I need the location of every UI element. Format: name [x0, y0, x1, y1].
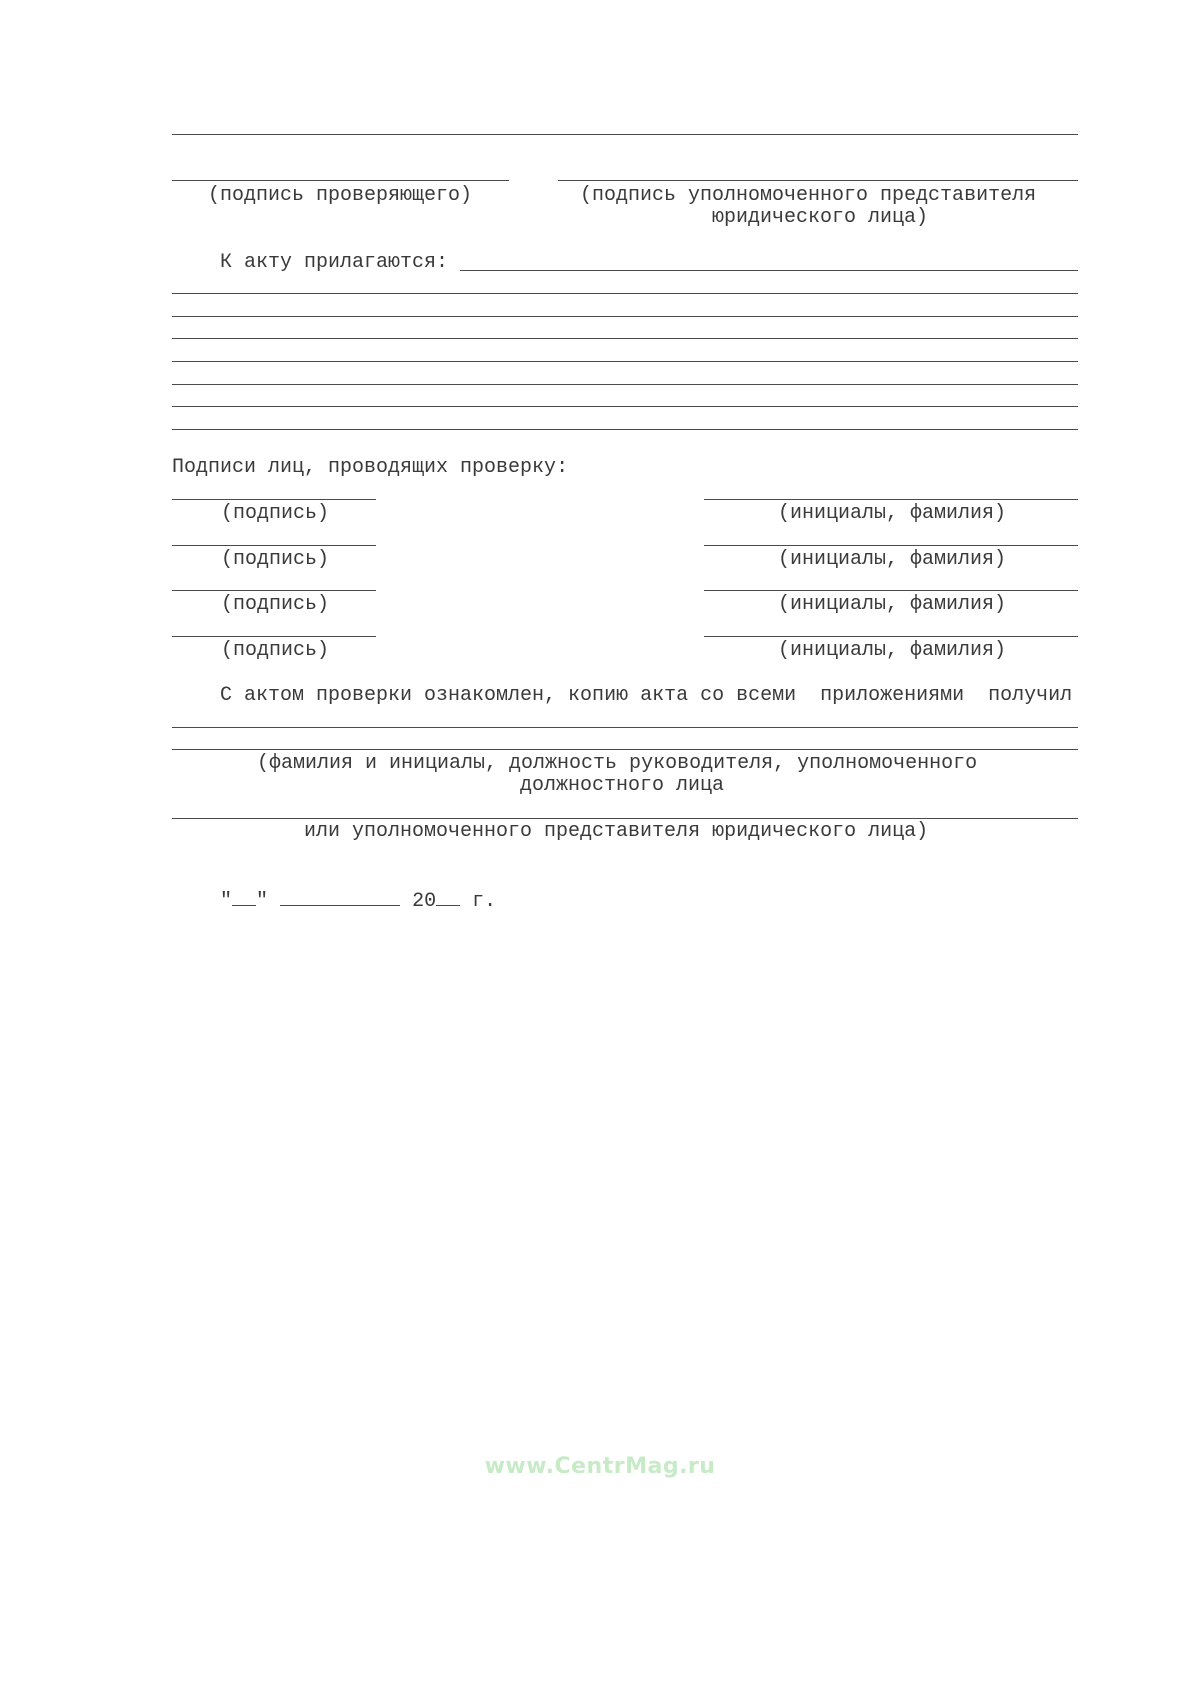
date-row: "" 20 г.	[172, 866, 496, 889]
attachments-line[interactable]	[172, 429, 1078, 430]
inspector-name-caption: (инициалы, фамилия)	[778, 549, 1006, 572]
date-month-field[interactable]	[280, 889, 400, 906]
attachments-line[interactable]	[172, 338, 1078, 339]
watermark: www.CentrMag.ru	[0, 1454, 1200, 1479]
attachments-line[interactable]	[172, 293, 1078, 294]
inspector-name-field[interactable]	[704, 590, 1078, 591]
date-close-quote: "	[256, 890, 268, 913]
inspector-name-field[interactable]	[704, 499, 1078, 500]
inspector-signature-caption: (подпись)	[221, 549, 329, 572]
attachments-line[interactable]	[172, 406, 1078, 407]
attachments-line[interactable]	[172, 361, 1078, 362]
representative-signature-caption-1: (подпись уполномоченного представителя	[580, 185, 1036, 208]
representative-signature-line[interactable]	[558, 180, 1078, 181]
inspector-name-caption: (инициалы, фамилия)	[778, 640, 1006, 663]
attachments-label: К акту прилагаются:	[220, 252, 448, 275]
date-year-prefix: 20	[412, 890, 436, 913]
date-day-field[interactable]	[232, 889, 256, 906]
inspector-name-field[interactable]	[704, 545, 1078, 546]
inspector-signature-caption: (подпись проверяющего)	[208, 185, 472, 208]
inspector-signature-caption: (подпись)	[221, 594, 329, 617]
date-year-field[interactable]	[436, 889, 460, 906]
top-blank-line[interactable]	[172, 134, 1078, 135]
acknowledgement-caption-1: (фамилия и инициалы, должность руководит…	[257, 753, 977, 776]
inspector-signature-line[interactable]	[172, 180, 509, 181]
attachments-line[interactable]	[172, 384, 1078, 385]
inspector-signature-field[interactable]	[172, 545, 376, 546]
inspector-name-caption: (инициалы, фамилия)	[778, 503, 1006, 526]
acknowledgement-caption-2: должностного лица	[520, 775, 724, 798]
acknowledgement-line[interactable]	[172, 727, 1078, 728]
inspector-signature-caption: (подпись)	[221, 640, 329, 663]
inspectors-heading: Подписи лиц, проводящих проверку:	[172, 457, 568, 480]
attachments-line[interactable]	[172, 316, 1078, 317]
acknowledgement-line[interactable]	[172, 818, 1078, 819]
inspector-name-caption: (инициалы, фамилия)	[778, 594, 1006, 617]
inspector-signature-field[interactable]	[172, 636, 376, 637]
acknowledgement-caption-3: или уполномоченного представителя юридич…	[304, 821, 928, 844]
inspector-name-field[interactable]	[704, 636, 1078, 637]
date-suffix: г.	[472, 890, 496, 913]
acknowledgement-text: С актом проверки ознакомлен, копию акта …	[220, 685, 1072, 708]
attachments-field[interactable]	[460, 270, 1078, 271]
representative-signature-caption-2: юридического лица)	[712, 207, 928, 230]
inspector-signature-field[interactable]	[172, 590, 376, 591]
inspector-signature-field[interactable]	[172, 499, 376, 500]
inspector-signature-caption: (подпись)	[221, 503, 329, 526]
document-page: (подпись проверяющего) (подпись уполномо…	[0, 0, 1200, 1697]
acknowledgement-line[interactable]	[172, 749, 1078, 750]
date-open-quote: "	[220, 890, 232, 913]
